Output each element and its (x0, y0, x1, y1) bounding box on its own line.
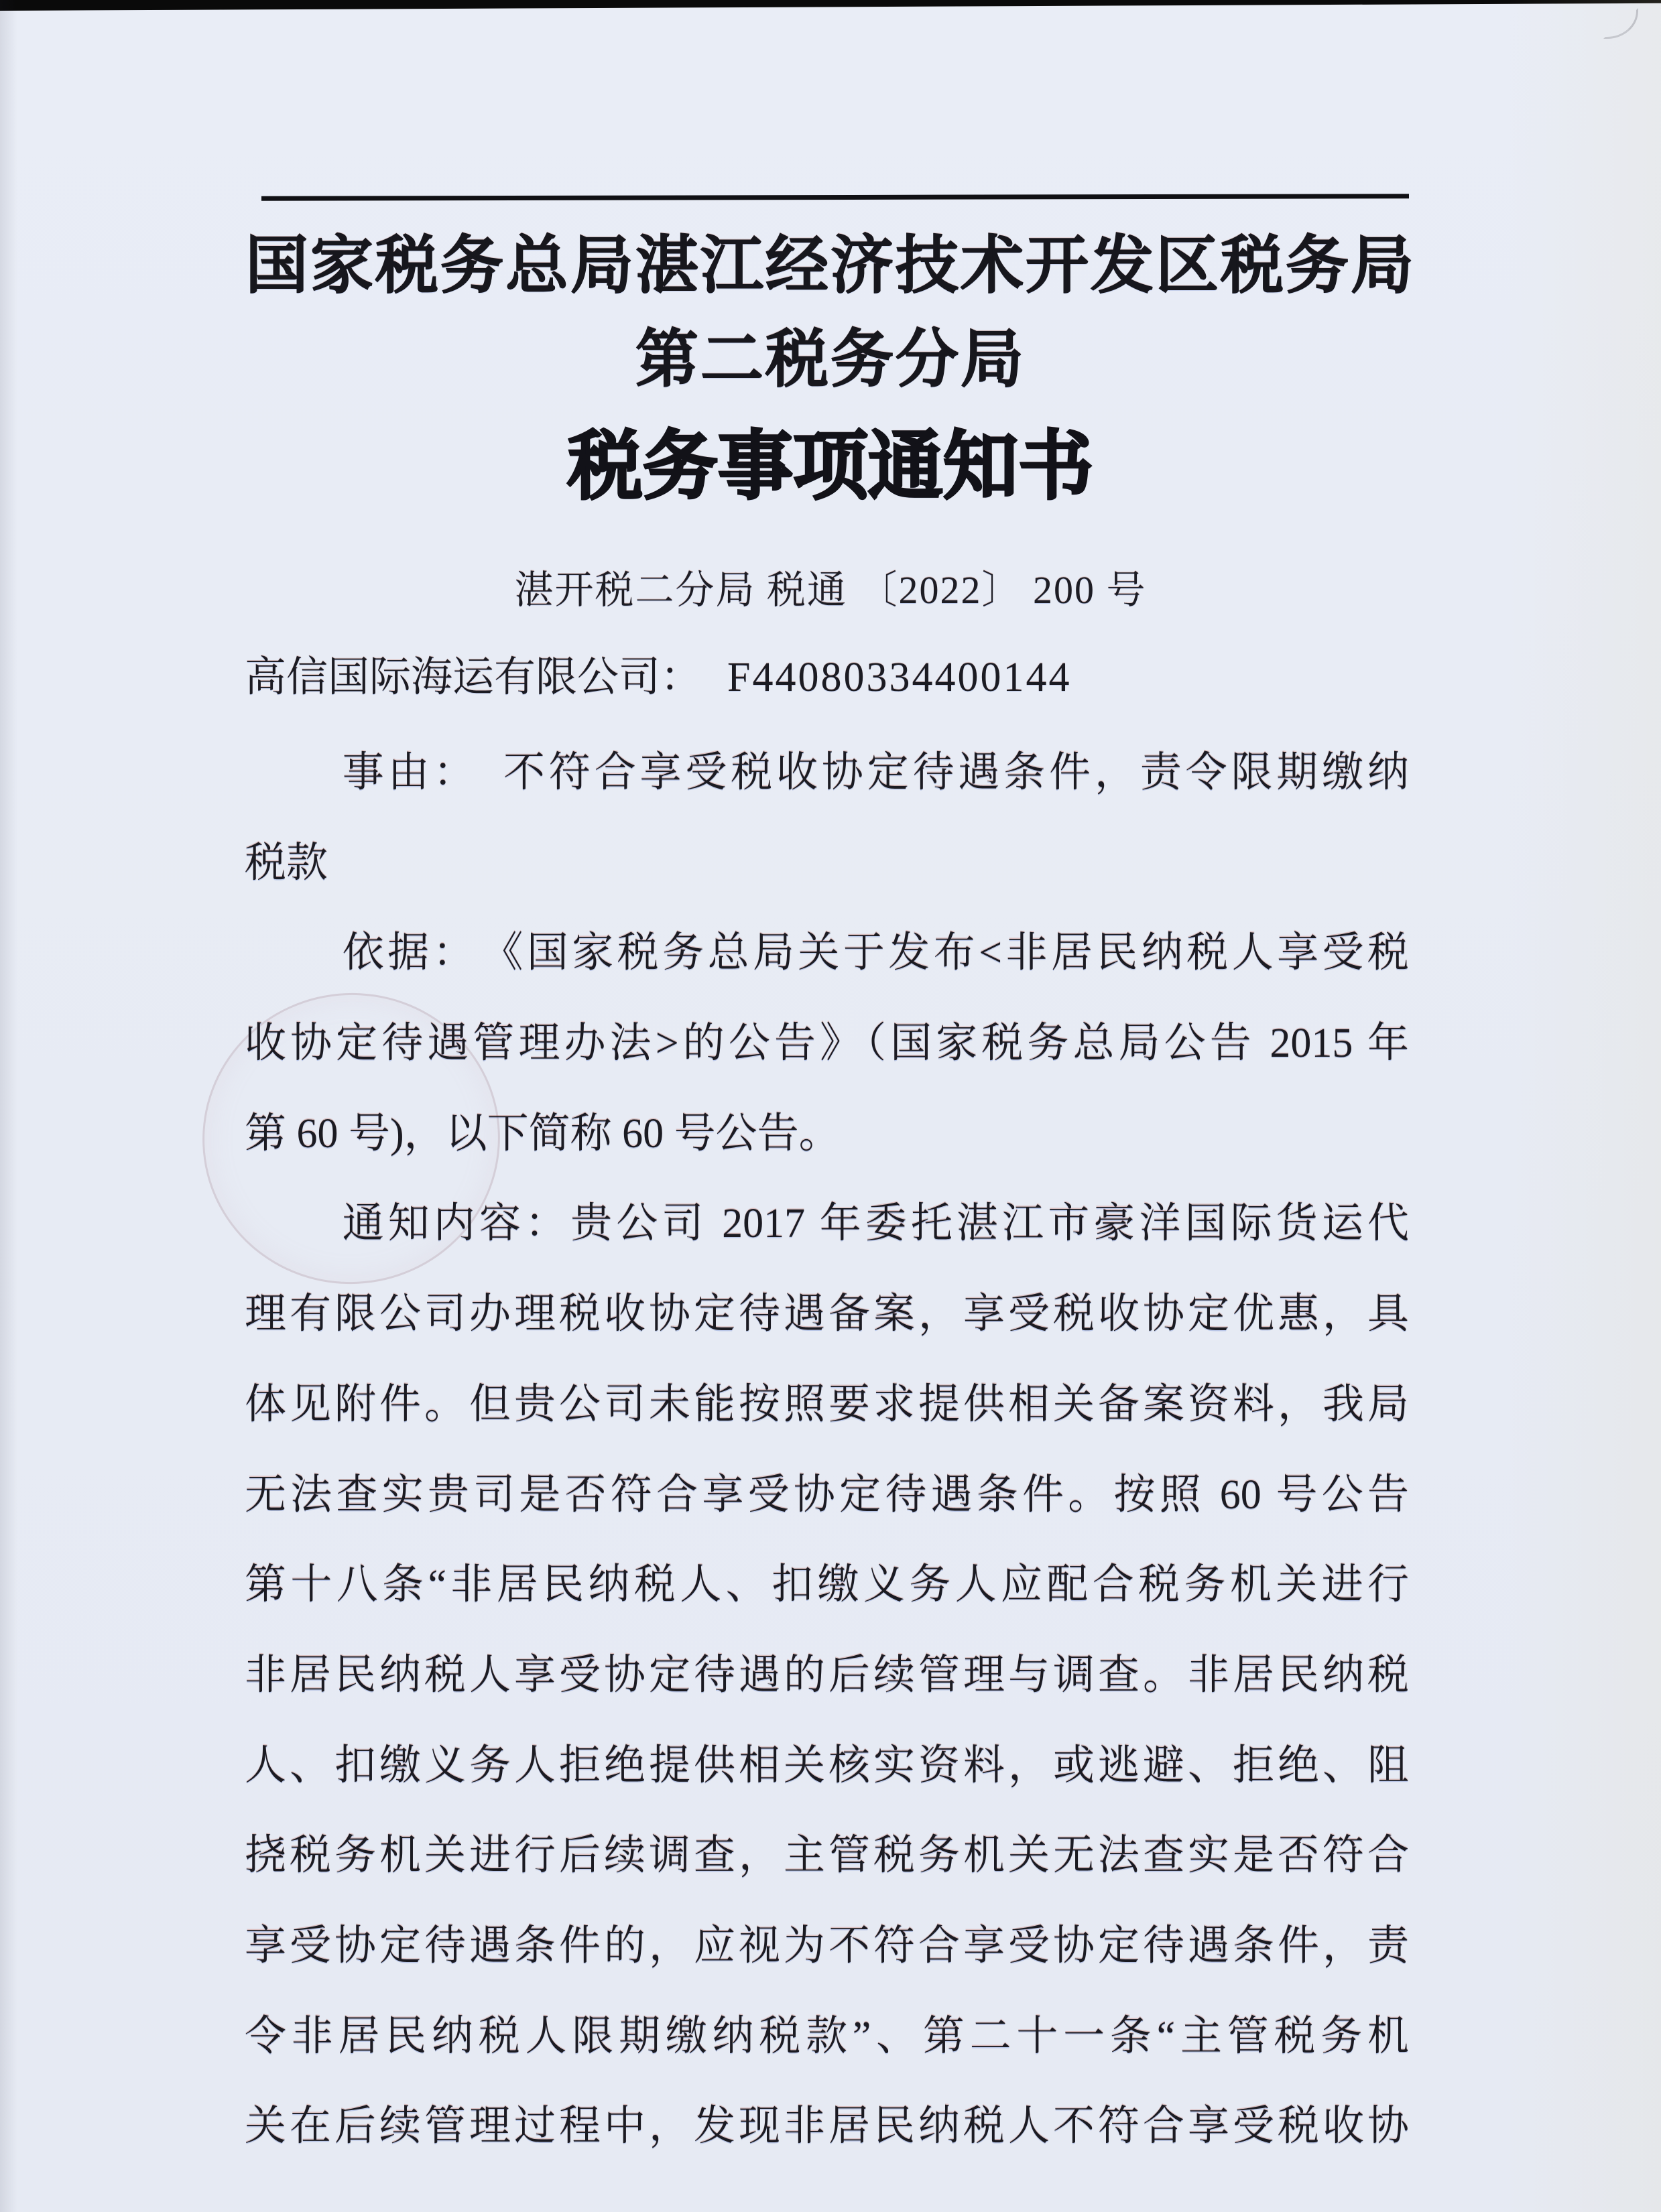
body-line: 依据： 《国家税务总局关于发布<非居民纳税人享受税 (245, 908, 1409, 998)
header-rule (261, 194, 1409, 201)
document-number: 湛开税二分局 税通 〔2022〕 200 号 (0, 571, 1661, 610)
body-line: 关在后续管理过程中，发现非居民纳税人不符合享受税收协 (245, 2081, 1409, 2172)
body-line: 人、扣缴义务人拒绝提供相关核实资料，或逃避、拒绝、阻 (245, 1721, 1409, 1811)
body-line: 收协定待遇管理办法>的公告》（国家税务总局公告 2015 年 (245, 998, 1409, 1089)
body-line: 挠税务机关进行后续调查，主管税务机关无法查实是否符合 (245, 1811, 1409, 1901)
body-line: 非居民纳税人享受协定待遇的后续管理与调查。非居民纳税 (245, 1630, 1409, 1721)
taxpayer-id: F44080334400144 (727, 655, 1071, 700)
body-line: 通知内容：贵公司 2017 年委托湛江市豪洋国际货运代 (245, 1179, 1409, 1269)
body-line: 第十八条“非居民纳税人、扣缴义务人应配合税务机关进行 (245, 1540, 1409, 1630)
notice-body: 事由： 不符合享受税收协定待遇条件，责令限期缴纳 税款 依据： 《国家税务总局关… (245, 728, 1409, 2172)
body-line: 享受协定待遇条件的，应视为不符合享受协定待遇条件，责 (245, 1901, 1409, 1992)
body-line: 体见附件。但贵公司未能按照要求提供相关备案资料，我局 (245, 1360, 1409, 1450)
scanned-tax-notice-page: 国家税务总局湛江经济技术开发区税务局 第二税务分局 税务事项通知书 湛开税二分局… (0, 0, 1661, 2212)
recipient-name: 高信国际海运有限公司： (245, 655, 702, 700)
body-line: 无法查实贵司是否符合享受协定待遇条件。按照 60 号公告 (245, 1450, 1409, 1541)
document-title: 税务事项通知书 (0, 426, 1661, 509)
body-line: 事由： 不符合享受税收协定待遇条件，责令限期缴纳 (245, 728, 1409, 818)
body-line: 令非居民纳税人限期缴纳税款”、第二十一条“主管税务机 (245, 1992, 1409, 2082)
issuing-authority-line2: 第二税务分局 (0, 328, 1661, 391)
scanner-edge-strip (0, 0, 1661, 11)
recipient-line: 高信国际海运有限公司：F44080334400144 (245, 654, 1072, 702)
body-line: 理有限公司办理税收协定待遇备案，享受税收协定优惠，具 (245, 1269, 1409, 1360)
issuing-authority-line1: 国家税务总局湛江经济技术开发区税务局 (0, 235, 1661, 298)
body-line: 税款 (245, 818, 1409, 909)
body-line: 第 60 号)，以下简称 60 号公告。 (245, 1089, 1409, 1179)
